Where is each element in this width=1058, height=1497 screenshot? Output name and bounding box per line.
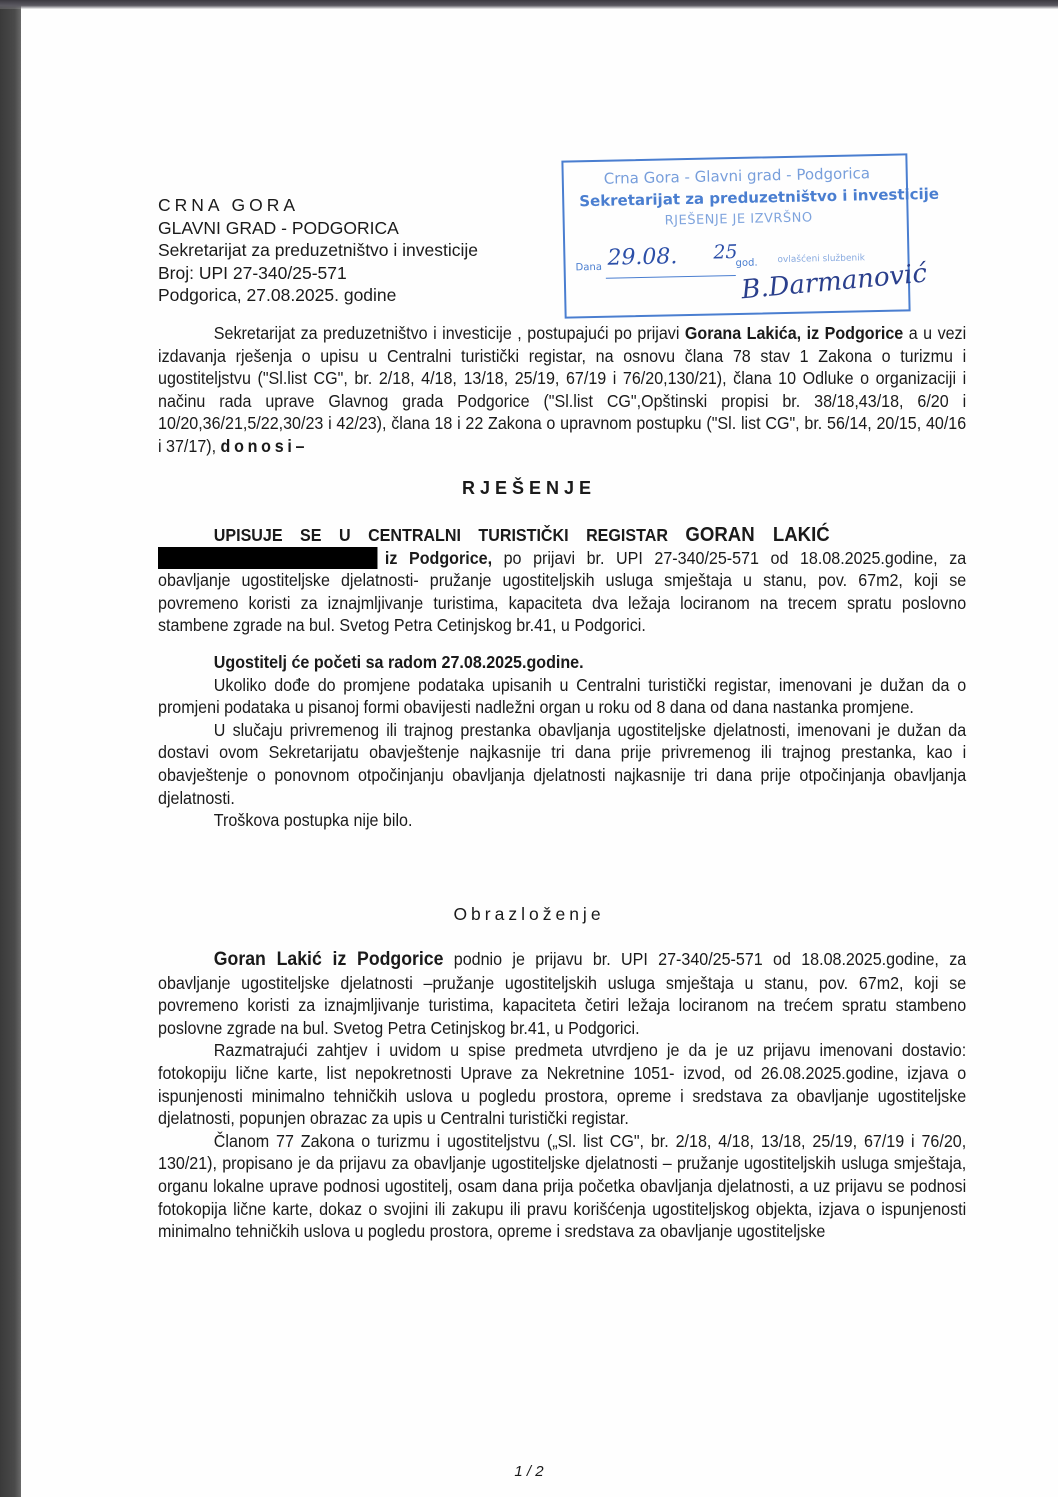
obrazlozenje-p2: Razmatrajući zahtjev i uvidom u spise pr… [158,1039,966,1129]
obrazlozenje-body: Goran Lakić iz Podgorice podnio je prija… [158,948,966,1243]
section-title-resenje: RJEŠENJE [0,478,1058,499]
header-number: Broj: UPI 27-340/25-571 [158,262,478,285]
stamp-line-1: Crna Gora - Glavni grad - Podgorica [604,164,871,188]
stamp-god-label: god. [735,258,757,269]
obrazlozenje-p3: Članom 77 Zakona o turizmu i ugostiteljs… [158,1130,966,1243]
obrazlozenje-applicant: Goran Lakić iz Podgorice [214,949,444,970]
scan-edge-left [0,0,21,1497]
intro-applicant: Gorana Lakića, iz Podgorice [685,323,903,343]
stamp-handwritten-date: 29.08. [607,244,677,270]
header-place-date: Podgorica, 27.08.2025. godine [158,284,478,307]
costs-statement: Troškova postupka nije bilo. [158,809,966,832]
upis-prefix: UPISUJE SE U CENTRALNI TURISTIČKI REGIST… [214,525,668,545]
registrant-city: iz Podgorice, [385,548,492,568]
change-obligation: Ukoliko dođe do promjene podataka upisan… [158,674,966,719]
stamp-line-3: RJEŠENJE JE IZVRŠNO [665,210,813,228]
header-country: CRNA GORA [158,194,478,217]
termination-obligation: U slučaju privremenog ili trajnog presta… [158,719,966,809]
intro-donosi: donosi– [221,436,309,456]
redacted-block [158,547,377,569]
intro-paragraph: Sekretarijat za preduzetništvo i investi… [158,322,966,458]
stamp-date-line [606,275,736,279]
header-department: Sekretarijat za preduzetništvo i investi… [158,239,478,262]
start-date-statement: Ugostitelj će početi sa radom 27.08.2025… [158,651,966,674]
registrant-name: GORAN LAKIĆ [685,524,829,546]
document-header: CRNA GORA GLAVNI GRAD - PODGORICA Sekret… [158,194,478,307]
stamp-line-2: Sekretarijat za preduzetništvo i investi… [579,185,939,211]
section-title-obrazlozenje: Obrazloženje [0,904,1058,925]
stamp-handwritten-year: 25 [713,241,738,264]
signature: B.Darmanović [740,259,928,306]
header-city: GLAVNI GRAD - PODGORICA [158,217,478,240]
resenje-body: UPISUJE SE U CENTRALNI TURISTIČKI REGIST… [158,524,966,832]
page-number: 1 / 2 [0,1463,1058,1480]
stamp-dana-label: Dana [576,262,603,274]
executive-stamp: Crna Gora - Glavni grad - Podgorica Sekr… [561,153,910,318]
scan-edge-top [0,0,1058,9]
stamp-official-label: ovlašćeni službenik [777,253,865,265]
intro-text-1: Sekretarijat za preduzetništvo i investi… [214,323,685,343]
